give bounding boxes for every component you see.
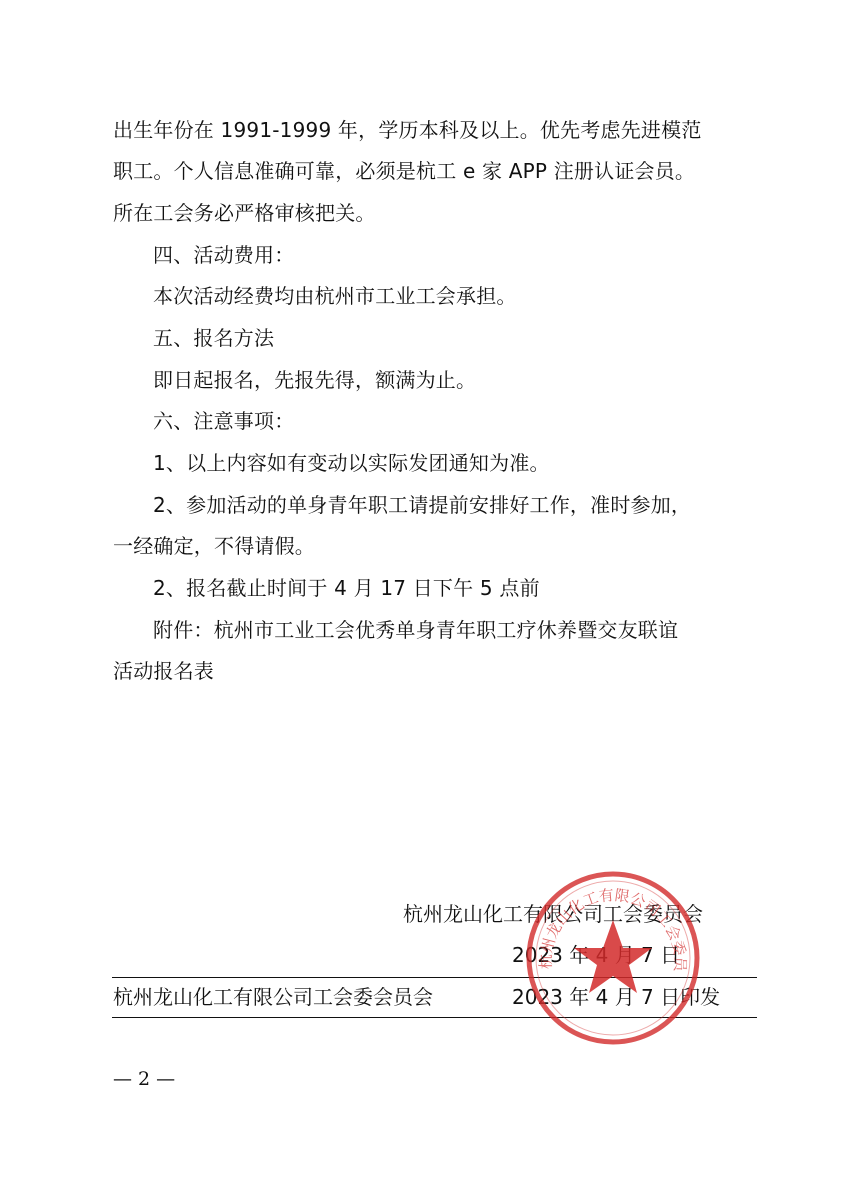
body-line: 出生年份在 1991-1999 年，学历本科及以上。优先考虑先进模范	[113, 117, 702, 143]
attachment-line: 活动报名表	[113, 658, 214, 684]
footer-issuer: 杭州龙山化工有限公司工会委会员会	[113, 984, 433, 1010]
body-line: 即日起报名，先报先得，额满为止。	[153, 367, 476, 393]
body-line: 职工。个人信息准确可靠，必须是杭工 e 家 APP 注册认证会员。	[113, 158, 695, 184]
section-heading-notes: 六、注意事项：	[153, 408, 294, 434]
body-line: 本次活动经费均由杭州市工业工会承担。	[153, 283, 517, 309]
official-seal-icon: 杭州龙山化工有限公司工会委员会	[523, 868, 703, 1048]
attachment-line: 附件：杭州市工业工会优秀单身青年职工疗休养暨交友联谊	[153, 617, 678, 643]
body-line: 所在工会务必严格审核把关。	[113, 200, 376, 226]
page-number: — 2 —	[113, 1068, 175, 1090]
body-line: 2、参加活动的单身青年职工请提前安排好工作，准时参加，	[153, 492, 691, 518]
body-line: 一经确定，不得请假。	[113, 533, 315, 559]
section-heading-fees: 四、活动费用：	[153, 242, 294, 268]
body-line: 1、以上内容如有变动以实际发团通知为准。	[153, 450, 550, 476]
section-heading-signup: 五、报名方法	[153, 325, 274, 351]
body-line: 2、报名截止时间于 4 月 17 日下午 5 点前	[153, 575, 540, 601]
